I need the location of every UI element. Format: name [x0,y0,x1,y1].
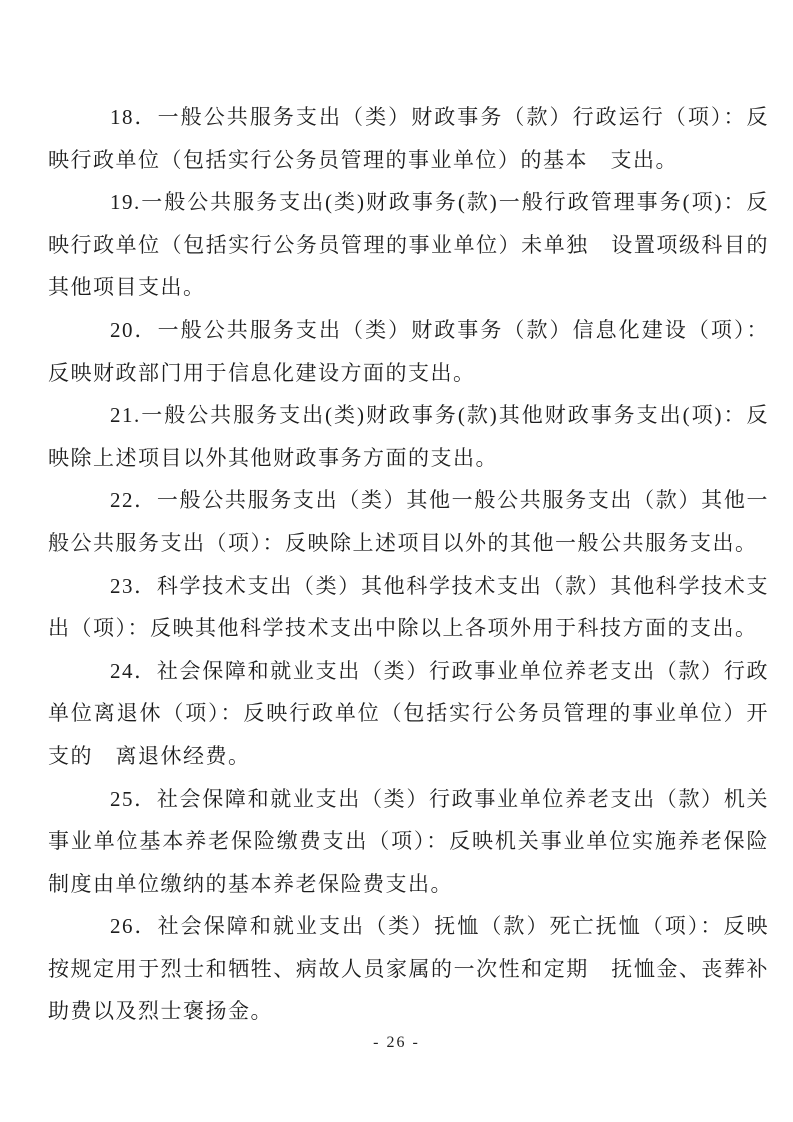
page-footer: - 26 - [0,1034,793,1052]
paragraph-item-18: 18．一般公共服务支出（类）财政事务（款）行政运行（项）：反映行政单位（包括实行… [48,96,769,181]
paragraph-item-26: 26．社会保障和就业支出（类）抚恤（款）死亡抚恤（项）：反映按规定用于烈士和牺牲… [48,905,769,1033]
paragraph-item-24: 24．社会保障和就业支出（类）行政事业单位养老支出（款）行政单位离退休（项）：反… [48,650,769,778]
paragraph-item-23: 23．科学技术支出（类）其他科学技术支出（款）其他科学技术支出（项）：反映其他科… [48,565,769,650]
document-body: 18．一般公共服务支出（类）财政事务（款）行政运行（项）：反映行政单位（包括实行… [48,96,769,1033]
page-number: - 26 - [373,1034,420,1051]
document-page: 18．一般公共服务支出（类）财政事务（款）行政运行（项）：反映行政单位（包括实行… [0,0,793,1122]
paragraph-item-22: 22．一般公共服务支出（类）其他一般公共服务支出（款）其他一般公共服务支出（项）… [48,479,769,564]
paragraph-item-25: 25．社会保障和就业支出（类）行政事业单位养老支出（款）机关事业单位基本养老保险… [48,778,769,906]
paragraph-item-21: 21.一般公共服务支出(类)财政事务(款)其他财政事务支出(项)：反映除上述项目… [48,394,769,479]
paragraph-item-19: 19.一般公共服务支出(类)财政事务(款)一般行政管理事务(项)：反映行政单位（… [48,181,769,309]
paragraph-item-20: 20．一般公共服务支出（类）财政事务（款）信息化建设（项）：反映财政部门用于信息… [48,309,769,394]
